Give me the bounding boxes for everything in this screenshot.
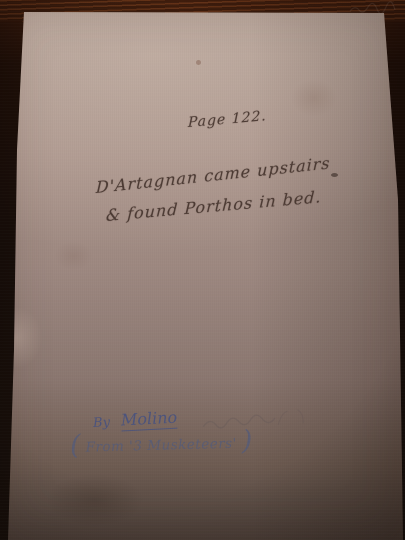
credit-by: By [93,415,111,431]
credit-line: By Molino [93,408,178,431]
credit-name: Molino [120,408,177,432]
open-paren: ( [70,432,81,459]
paper-speck [196,60,201,65]
caption-line-2: & found Porthos in bed. [105,187,322,225]
paper-sheet: Page 122. D'Artagnan came upstairs & fou… [0,0,405,540]
paper-stain [30,465,160,535]
source-text: From '3 Musketeers' [85,431,237,455]
paper-speck [331,173,338,177]
page-reference-note: Page 122. [188,108,267,131]
paper-stain [46,235,101,277]
source-line: ( From '3 Musketeers' ) [70,427,253,459]
close-paren: ) [241,427,252,454]
photo-of-handwritten-page: Page 122. D'Artagnan came upstairs & fou… [0,0,405,540]
paper-stain [282,72,346,124]
